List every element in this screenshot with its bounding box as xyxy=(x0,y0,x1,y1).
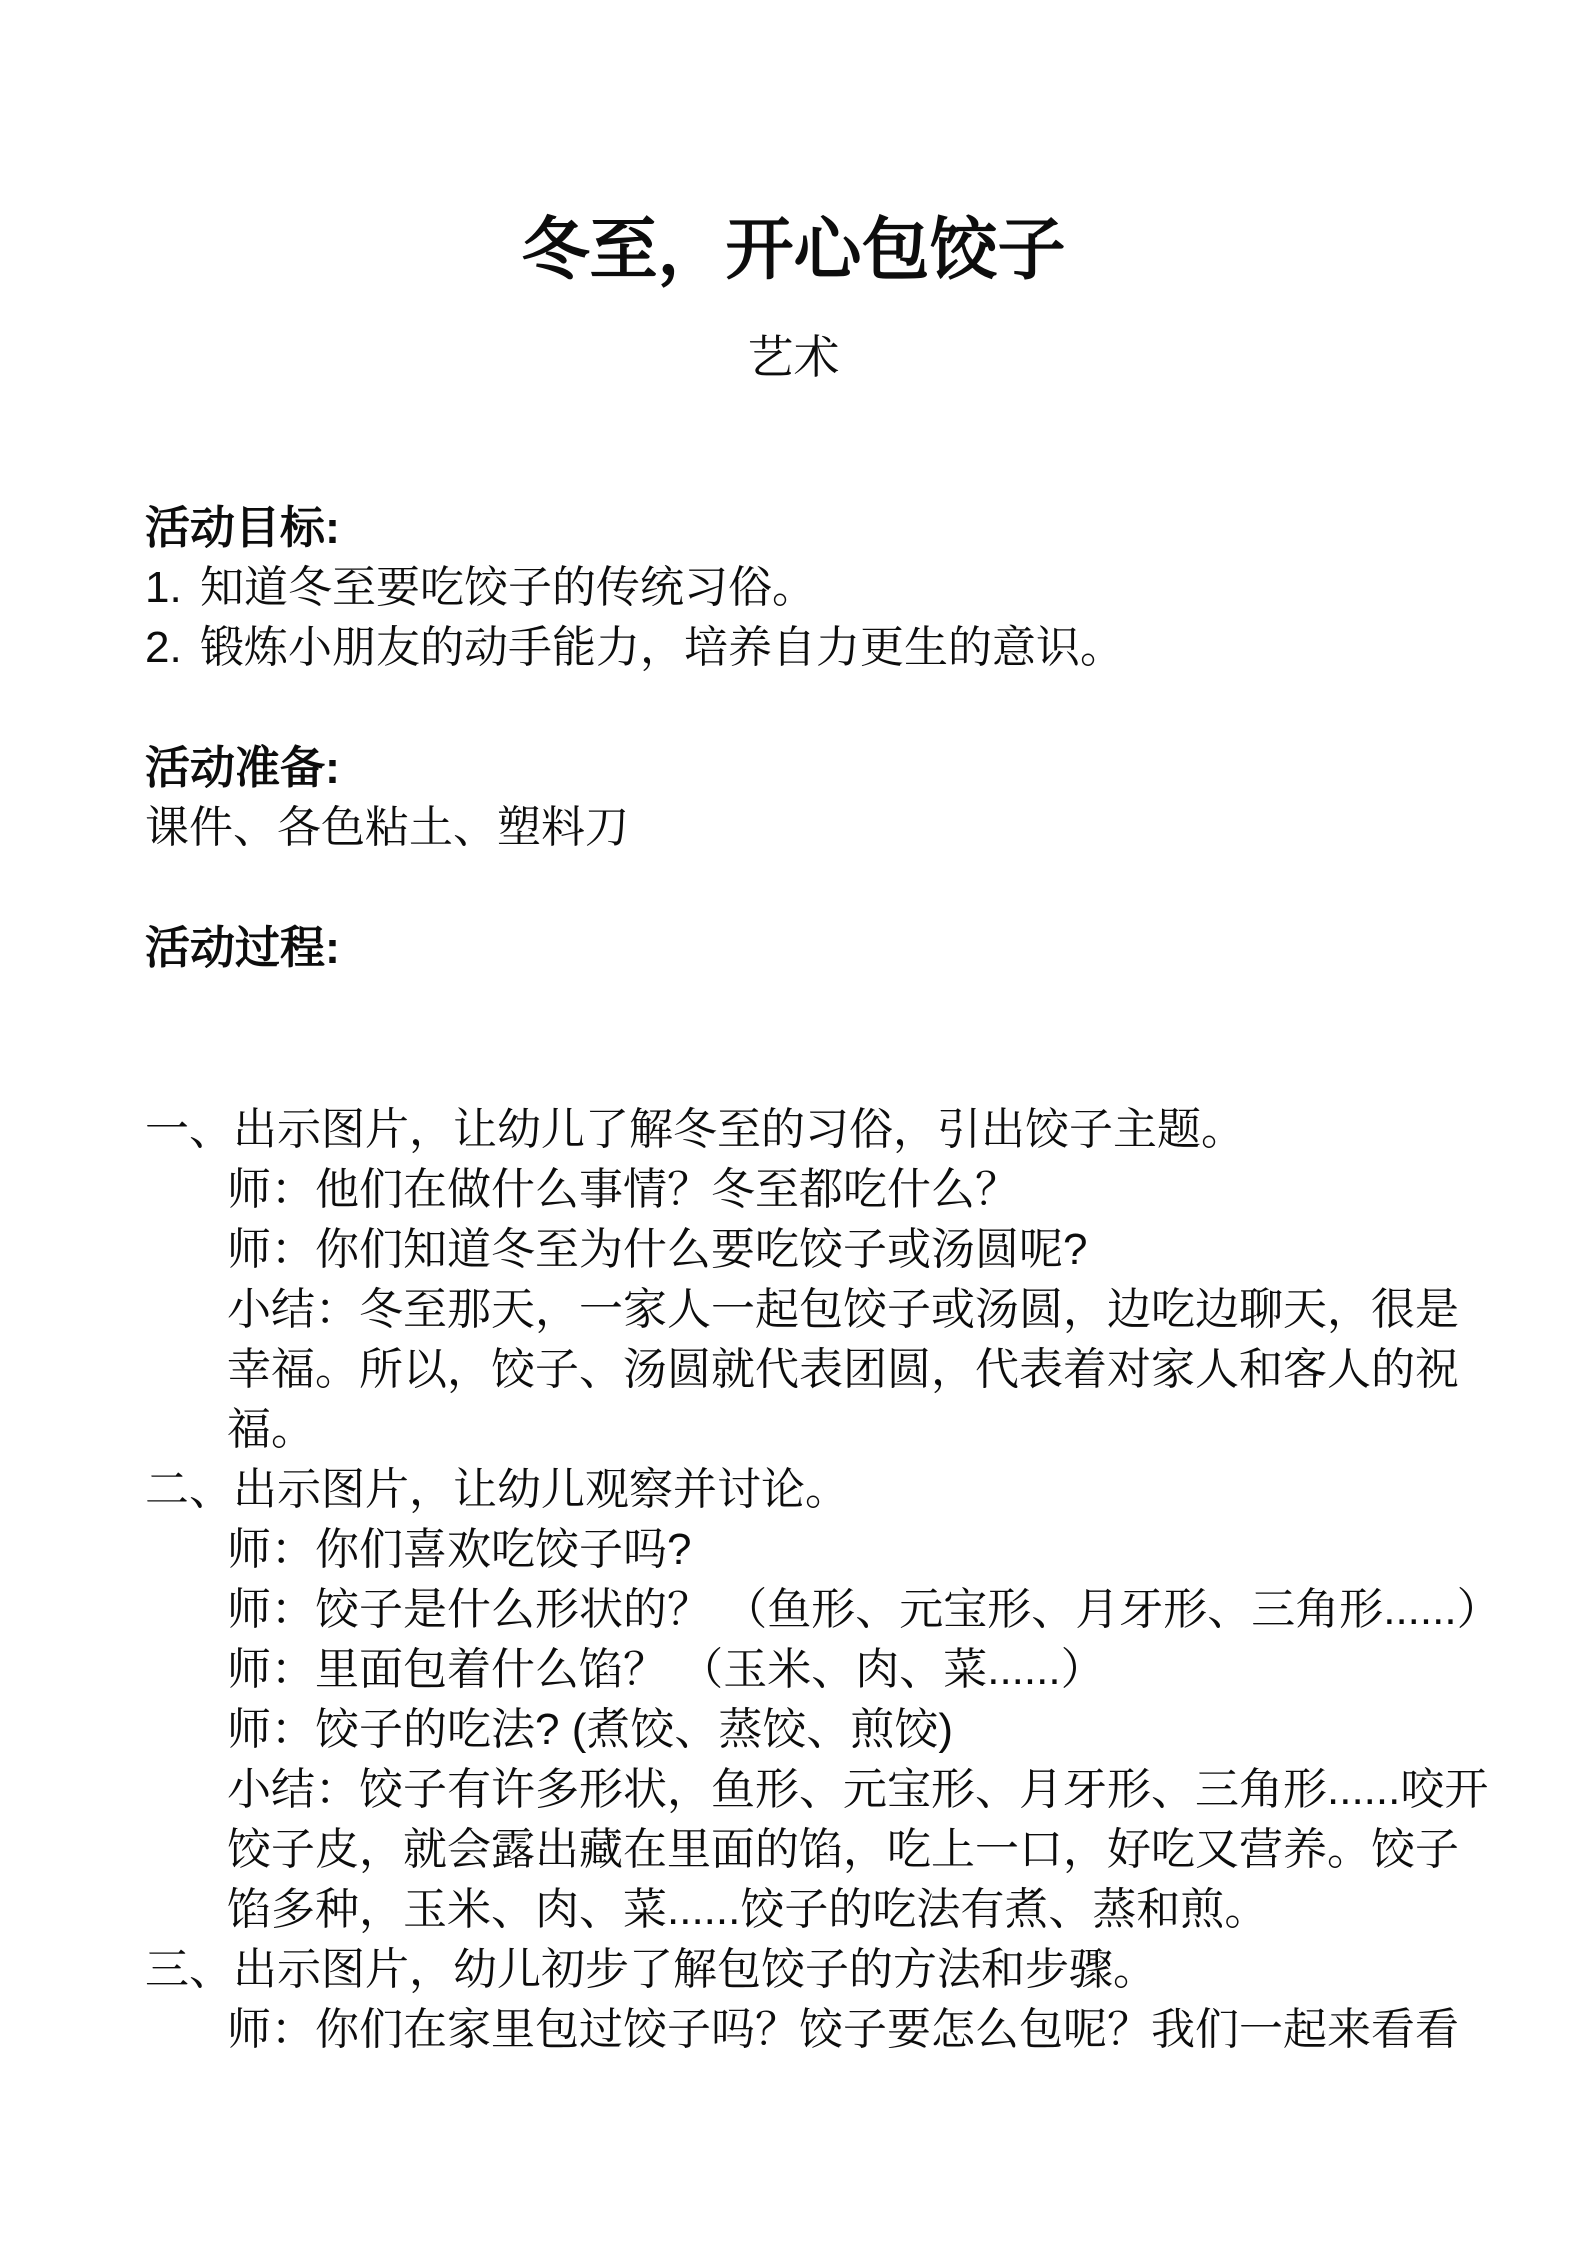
goal-item-text: 知道冬至要吃饺子的传统习俗。 xyxy=(200,563,816,612)
goals-heading: 活动目标: xyxy=(145,498,1487,558)
goals-list: 1.知道冬至要吃饺子的传统习俗。2.锻炼小朋友的动手能力，培养自力更生的意识。 xyxy=(145,558,1487,678)
process-line: 饺子皮，就会露出藏在里面的馅，吃上一口，好吃又营养。饺子 xyxy=(145,1820,1487,1880)
process-line: 师：饺子是什么形状的？ （鱼形、元宝形、月牙形、三角形......） xyxy=(145,1580,1487,1640)
goal-item-number: 2. xyxy=(145,618,200,678)
process-line: 小结：冬至那天，一家人一起包饺子或汤圆，边吃边聊天，很是 xyxy=(145,1280,1487,1340)
process-line: 二、出示图片，让幼儿观察并讨论。 xyxy=(145,1460,1487,1520)
document-page: 冬至，开心包饺子 艺术 活动目标: 1.知道冬至要吃饺子的传统习俗。2.锻炼小朋… xyxy=(0,0,1587,2245)
goal-item: 2.锻炼小朋友的动手能力，培养自力更生的意识。 xyxy=(145,618,1487,678)
process-line: 馅多种，玉米、肉、菜......饺子的吃法有煮、蒸和煎。 xyxy=(145,1880,1487,1940)
process-line: 师：饺子的吃法? (煮饺、蒸饺、煎饺) xyxy=(145,1700,1487,1760)
process-line: 小结：饺子有许多形状，鱼形、元宝形、月牙形、三角形......咬开 xyxy=(145,1760,1487,1820)
process-line: 师：他们在做什么事情？冬至都吃什么？ xyxy=(145,1160,1487,1220)
document-title: 冬至，开心包饺子 xyxy=(0,0,1587,288)
process-line: 师：你们知道冬至为什么要吃饺子或汤圆呢? xyxy=(145,1220,1487,1280)
process-line: 师：你们在家里包过饺子吗？饺子要怎么包呢？我们一起来看看 xyxy=(145,2000,1487,2060)
process-line: 师：里面包着什么馅？ （玉米、肉、菜......） xyxy=(145,1640,1487,1700)
document-body: 活动目标: 1.知道冬至要吃饺子的传统习俗。2.锻炼小朋友的动手能力，培养自力更… xyxy=(145,498,1487,2060)
goal-item: 1.知道冬至要吃饺子的传统习俗。 xyxy=(145,558,1487,618)
process-line: 三、出示图片，幼儿初步了解包饺子的方法和步骤。 xyxy=(145,1940,1487,2000)
goal-item-number: 1. xyxy=(145,558,200,618)
process-line: 一、出示图片，让幼儿了解冬至的习俗，引出饺子主题。 xyxy=(145,1100,1487,1160)
process-list: 一、出示图片，让幼儿了解冬至的习俗，引出饺子主题。师：他们在做什么事情？冬至都吃… xyxy=(145,1100,1487,2060)
process-line: 福。 xyxy=(145,1400,1487,1460)
process-line: 幸福。所以，饺子、汤圆就代表团圆，代表着对家人和客人的祝 xyxy=(145,1340,1487,1400)
process-heading: 活动过程: xyxy=(145,918,1487,978)
preparation-heading: 活动准备: xyxy=(145,738,1487,798)
process-line: 师：你们喜欢吃饺子吗? xyxy=(145,1520,1487,1580)
goal-item-text: 锻炼小朋友的动手能力，培养自力更生的意识。 xyxy=(200,623,1124,672)
document-subtitle: 艺术 xyxy=(0,332,1587,382)
preparation-text: 课件、各色粘土、塑料刀 xyxy=(145,798,1487,858)
